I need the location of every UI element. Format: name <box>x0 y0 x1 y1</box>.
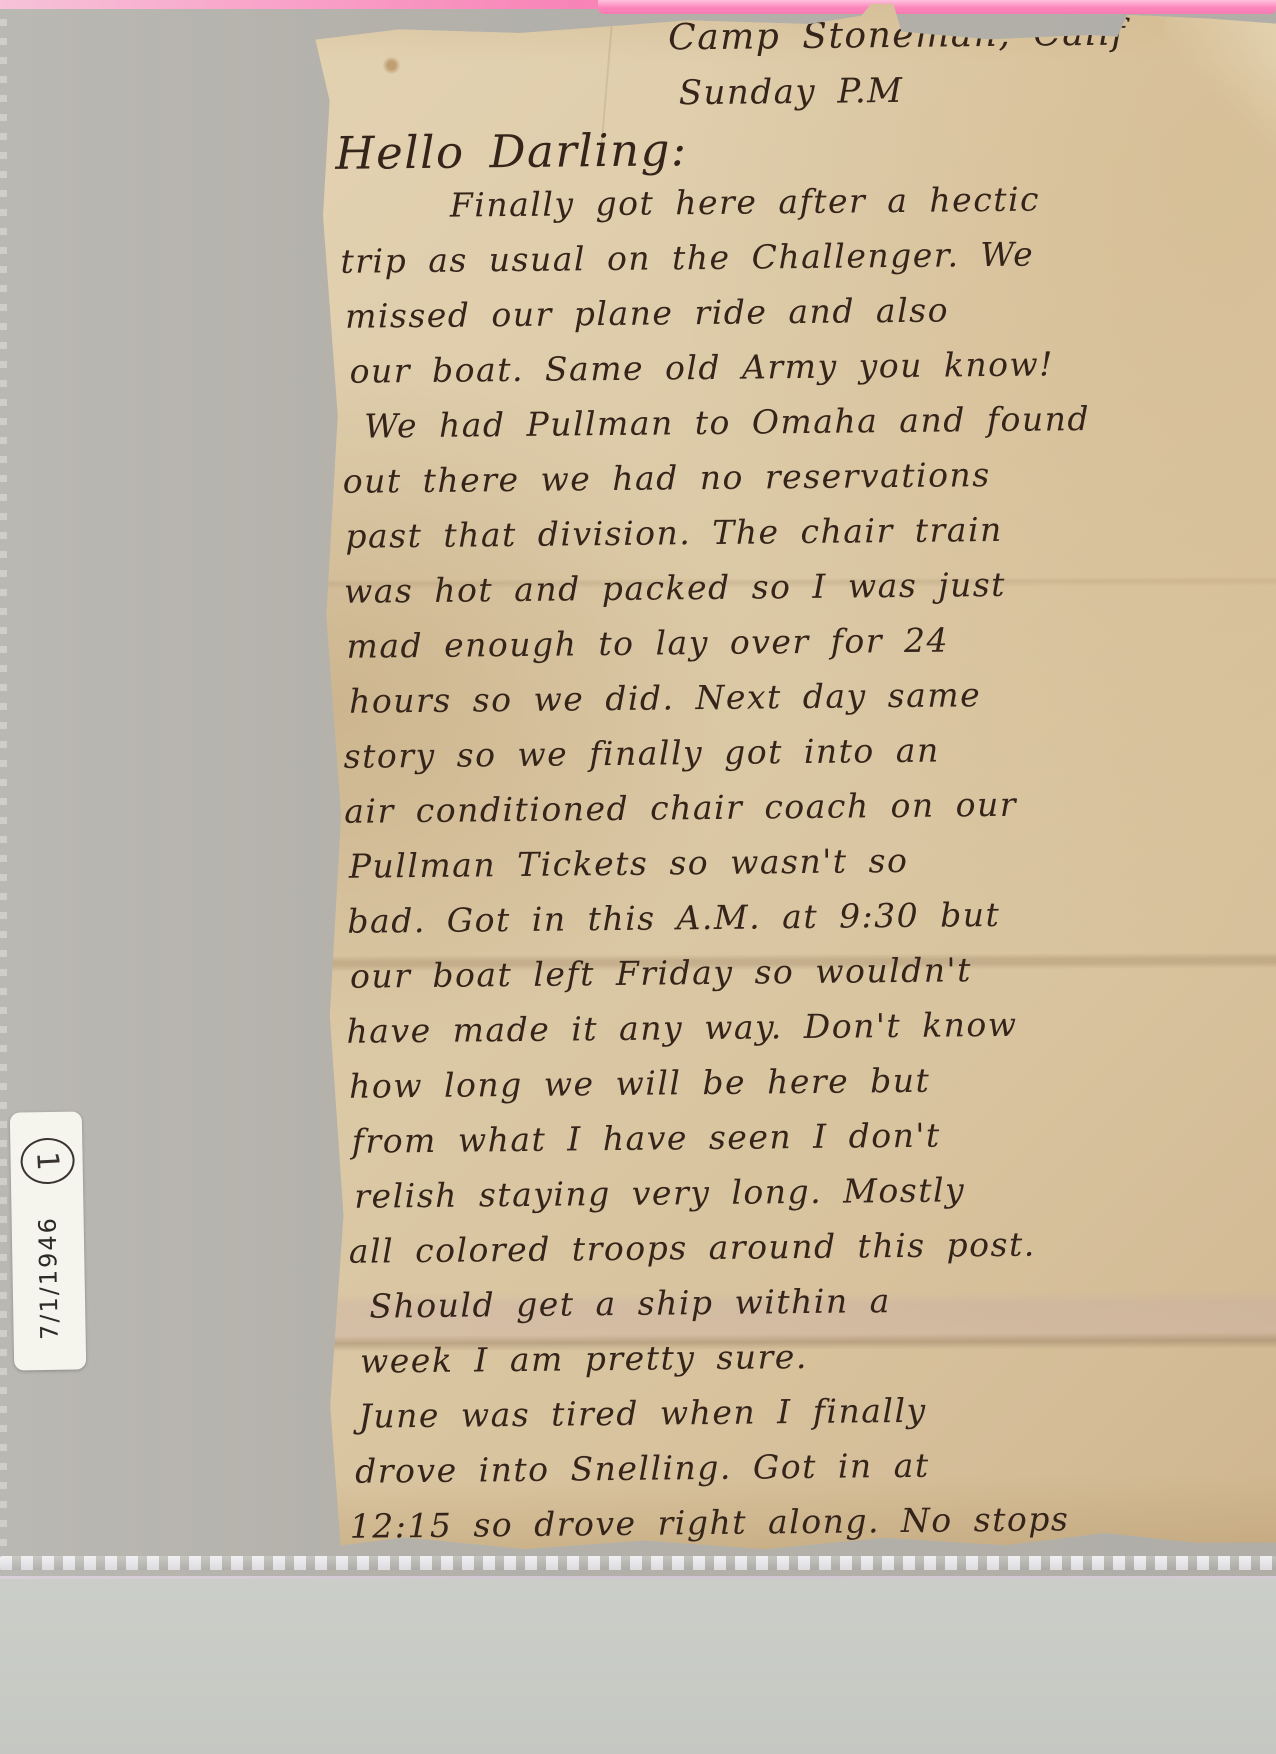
letter-line: missed our plane ride and also <box>345 287 1269 352</box>
letter-paper: Camp Stoneman, Calif Sunday P.M Hello Da… <box>309 2 1276 1557</box>
letter-line: from what I have seen I don't <box>352 1112 1276 1177</box>
letter-line: how long we will be here but <box>349 1057 1276 1122</box>
letter-line: 12:15 so drove right along. No stops <box>350 1497 1276 1562</box>
letter-line: story so we finally got into an <box>343 727 1273 792</box>
letter-line: all colored troops around this post. <box>349 1222 1276 1287</box>
letter-line: bad. Got in this A.M. at 9:30 but <box>347 892 1275 957</box>
letter-heading-location: Camp Stoneman, Calif <box>668 11 1266 73</box>
sleeve-lower-area <box>0 1579 1276 1754</box>
archive-label: 1 7/1/1946 <box>10 1111 86 1370</box>
handwritten-text: Camp Stoneman, Calif Sunday P.M Hello Da… <box>330 11 1276 1562</box>
letter-line: was hot and packed so I was just <box>344 562 1272 627</box>
sleeve-dotted-strip <box>0 1556 1276 1570</box>
pink-scan-edge-thick <box>598 0 1276 14</box>
letter-line: Should get a ship within a <box>369 1277 1276 1342</box>
letter-line: Pullman Tickets so wasn't so <box>349 837 1275 902</box>
sleeve-edge-line <box>0 1576 1276 1579</box>
letter-line: air conditioned chair coach on our <box>344 782 1274 847</box>
letter-line: have made it any way. Don't know <box>346 1002 1276 1067</box>
sleeve-serrated-edge <box>0 0 7 1580</box>
letter-line: trip as usual on the Challenger. We <box>340 232 1268 297</box>
letter-salutation: Hello Darling: <box>335 117 1267 187</box>
scanned-letter-page: Camp Stoneman, Calif Sunday P.M Hello Da… <box>0 0 1276 1754</box>
letter-line: Finally got here after a hectic <box>450 177 1268 241</box>
letter-line: June was tired when I finally <box>358 1387 1276 1452</box>
letter-line: hours so we did. Next day same <box>349 672 1273 737</box>
label-circled-number: 1 <box>19 1137 75 1186</box>
letter-heading-date: Sunday P.M <box>679 67 1266 123</box>
letter-line: past that division. The chair train <box>345 507 1271 572</box>
letter-line: mad enough to lay over for 24 <box>346 617 1272 682</box>
letter-line: relish staying very long. Mostly <box>354 1167 1276 1232</box>
letter-line: out there we had no reservations <box>343 452 1271 517</box>
letter-line: We had Pullman to Omaha and found <box>364 397 1270 461</box>
letter-line: week I am pretty sure. <box>360 1332 1276 1397</box>
letter-line: our boat left Friday so wouldn't <box>350 947 1276 1012</box>
label-date: 7/1/1946 <box>34 1216 64 1340</box>
letter-line: our boat. Same old Army you know! <box>349 342 1269 407</box>
letter-line: drove into Snelling. Got in at <box>355 1442 1276 1507</box>
